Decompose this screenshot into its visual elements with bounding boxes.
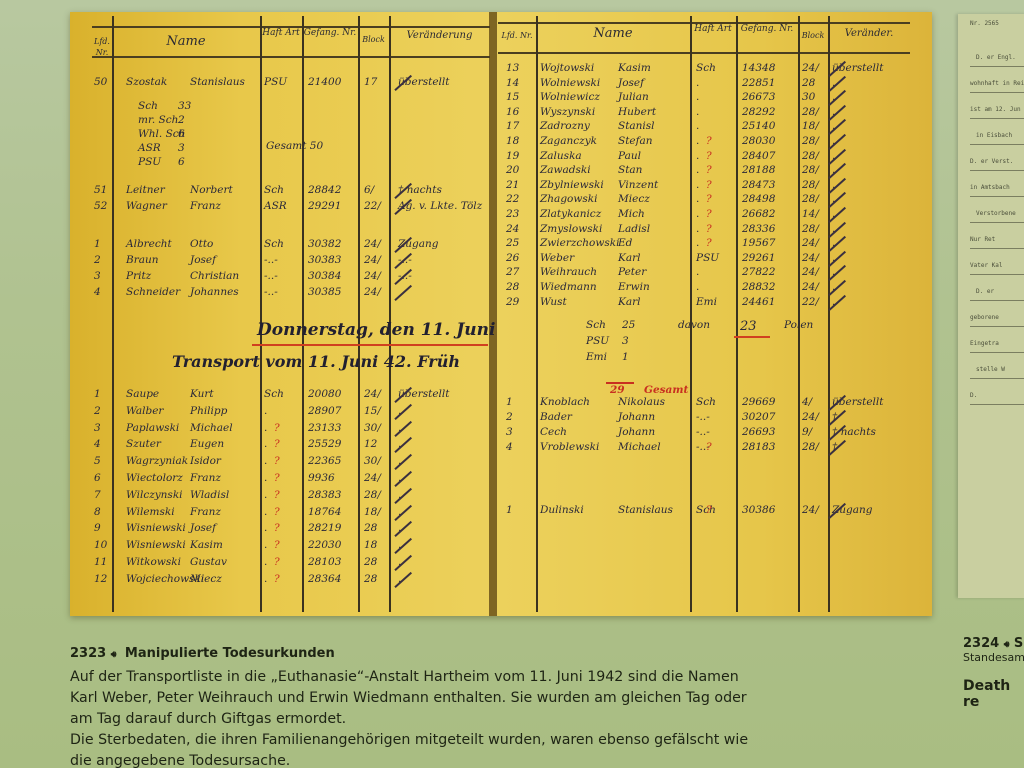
ledger-row: 3PritzChristian-..-3038424/-..- [92, 270, 490, 286]
cell-art: -..- [264, 254, 278, 266]
cell-art: -..- [696, 411, 710, 423]
cell-surname: Albrecht [126, 238, 172, 250]
cell-first: Franz [190, 506, 221, 518]
cell-block: 24/ [802, 411, 819, 423]
cell-first: Stanislaus [618, 504, 673, 516]
red-mark: ? [274, 438, 280, 450]
cell-gef: 18764 [308, 506, 341, 518]
cell-surname: Szostak [126, 76, 167, 88]
ledger-row: 20ZawadskiStan.2818828/.? [498, 164, 910, 180]
cell-gef: 29291 [308, 200, 341, 212]
cell-gef: 28183 [742, 441, 775, 453]
cell-surname: Saupe [126, 388, 159, 400]
cell-block: 24/ [364, 388, 381, 400]
cell-block: 9/ [802, 426, 812, 438]
cell-block: 28 [364, 556, 377, 568]
date-heading: Donnerstag, den 11. Juni [257, 320, 495, 340]
ledger-row: 4VroblewskiMichael-..-2818328/†? [498, 441, 910, 457]
red-mark: ? [706, 135, 712, 147]
cell-art: Sch [264, 238, 284, 250]
ledger-right-page: Lfd. Nr. Name Haft Art Gefang. Nr. Block… [498, 12, 910, 616]
ledger-row: 15WolniewiczJulian.2667330. [498, 91, 910, 107]
cell-nr: 19 [506, 150, 519, 162]
ledger-row: 4SchneiderJohannes-..-3038524/ [92, 286, 490, 302]
cell-surname: Zwierzchowski [540, 237, 619, 249]
cell-first: Hubert [618, 106, 656, 118]
check-mark [828, 236, 845, 252]
summary-total: 29 Gesamt [498, 384, 910, 400]
ledger-row: 13WojtowskiKasimSch1434824/überstellt [498, 62, 910, 78]
cell-gef: 25529 [308, 438, 341, 450]
cell-gef: 27822 [742, 266, 775, 278]
cell-first: Kasim [618, 62, 651, 74]
ledger-row: 14WolniewskiJosef.2285128. [498, 77, 910, 93]
check-mark [828, 134, 845, 150]
check-mark [394, 471, 411, 487]
ledger-row: 27WeihrauchPeter.2782224/. [498, 266, 910, 282]
check-mark [828, 251, 845, 267]
red-mark: ? [274, 573, 280, 585]
document-text: Nur Ret [970, 236, 995, 243]
cell-gef: 22030 [308, 539, 341, 551]
cell-gef: 28383 [308, 489, 341, 501]
cell-gef: 23133 [308, 422, 341, 434]
check-mark [394, 504, 411, 520]
summary-row: PSU6 [92, 156, 490, 172]
document-text: geborene [970, 314, 999, 321]
cell-nr: 51 [94, 184, 107, 196]
cell-first: Gustav [190, 556, 227, 568]
red-mark: ? [274, 422, 280, 434]
caption-title: 2323 🔊︎ Manipulierte Todesurkunden [70, 646, 770, 661]
header-block: Block [798, 30, 828, 41]
cell-art: . [696, 91, 699, 103]
cell-art: -..- [264, 286, 278, 298]
check-mark [394, 454, 411, 470]
audio-icon[interactable]: 🔊︎ [1004, 640, 1010, 650]
cell-nr: 24 [506, 223, 519, 235]
cell-nr: 18 [506, 135, 519, 147]
cell-block: 18/ [364, 506, 381, 518]
red-mark: ? [706, 223, 712, 235]
ledger-row: 16WyszynskiHubert.2829228/. [498, 106, 910, 122]
document-text: D. [970, 392, 977, 399]
ledger-row: 12WojciechowskiMiecz.2836428.? [92, 573, 490, 589]
cell-art: . [264, 506, 267, 518]
cell-surname: Szuter [126, 438, 161, 450]
check-mark [394, 437, 411, 453]
cell-first: Franz [190, 200, 221, 212]
header-lfd-nr: Lfd. Nr. [92, 36, 112, 58]
cell-gef: 28842 [308, 184, 341, 196]
cell-first: Peter [618, 266, 646, 278]
check-mark [828, 221, 845, 237]
cell-nr: 52 [94, 200, 107, 212]
cell-nr: 3 [506, 426, 513, 438]
cell-nr: 1 [94, 388, 101, 400]
cell-nr: 10 [94, 539, 107, 551]
ledger-row: 5WagrzyniakIsidor.2236530/.? [92, 455, 490, 471]
ledger-row: 7WilczynskiWladisl.2838328/.? [92, 489, 490, 505]
ledger-row: 50SzostakStanislausPSU2140017überstellt [92, 76, 490, 92]
document-text: in Amtsbach [970, 184, 1010, 191]
cell-first: Johann [618, 411, 655, 423]
cell-nr: 20 [506, 164, 519, 176]
document-text: ist am 12. Jun [970, 106, 1021, 113]
cell-art: . [696, 193, 699, 205]
cell-block: 28 [802, 77, 815, 89]
cell-surname: Weber [540, 252, 574, 264]
cell-surname: Wagrzyniak [126, 455, 188, 467]
cell-block: 12 [364, 438, 377, 450]
cell-surname: Leitner [126, 184, 165, 196]
cell-block: 15/ [364, 405, 381, 417]
cell-block: 22/ [802, 296, 819, 308]
cell-block: 30 [802, 91, 815, 103]
cell-nr: 27 [506, 266, 519, 278]
cell-nr: 4 [506, 441, 513, 453]
cell-nr: 17 [506, 120, 519, 132]
cell-art: . [264, 539, 267, 551]
cell-gef: 28336 [742, 223, 775, 235]
red-mark: ? [274, 556, 280, 568]
check-mark [828, 119, 845, 135]
cell-nr: 8 [94, 506, 101, 518]
header-block: Block [358, 34, 389, 45]
document-text: Vater Kal [970, 262, 1003, 269]
cell-nr: 26 [506, 252, 519, 264]
exhibit-caption: 2323 🔊︎ Manipulierte Todesurkunden Auf d… [70, 646, 770, 768]
red-mark: ? [274, 455, 280, 467]
cell-block: 24/ [364, 238, 381, 250]
transport-ledger: Lfd. Nr. Name Haft Art Gefang. Nr. Block… [70, 12, 932, 616]
cell-surname: Walber [126, 405, 163, 417]
summary-note: davon 23 Polen [498, 319, 910, 335]
cell-gef: 30383 [308, 254, 341, 266]
cell-nr: 13 [506, 62, 519, 74]
check-mark [394, 488, 411, 504]
ledger-row: 21ZbylniewskiVinzent.2847328/.? [498, 179, 910, 195]
ledger-row: 1AlbrechtOttoSch3038224/Zugang [92, 238, 490, 254]
cell-art: PSU [696, 252, 719, 264]
exhibit-caption-2: 2324 🔊︎ S Standesam Death re [963, 636, 1024, 710]
cell-block: 28/ [802, 193, 819, 205]
cell-block: 24/ [364, 270, 381, 282]
header-haft-art: Haft Art [260, 28, 302, 39]
cell-first: Miecz [618, 193, 650, 205]
cell-first: Paul [618, 150, 641, 162]
cell-art: . [264, 489, 267, 501]
cell-nr: 1 [506, 504, 513, 516]
cell-surname: Pritz [126, 270, 151, 282]
caption-body: Auf der Transportliste in die „Euthanasi… [70, 667, 770, 768]
cell-surname: Braun [126, 254, 159, 266]
cell-gef: 28292 [742, 106, 775, 118]
cell-first: Karl [618, 252, 640, 264]
cell-gef: 30384 [308, 270, 341, 282]
cell-gef: 21400 [308, 76, 341, 88]
cell-first: Stan [618, 164, 642, 176]
cell-nr: 11 [94, 556, 107, 568]
cell-art: . [264, 556, 267, 568]
cell-first: Stefan [618, 135, 653, 147]
cell-first: Kurt [190, 388, 214, 400]
cell-block: 22/ [364, 200, 381, 212]
cell-first: Kasim [190, 539, 223, 551]
ledger-row: 28WiedmannErwin.2883224/. [498, 281, 910, 297]
cell-gef: 19567 [742, 237, 775, 249]
header-veraenderung: Veränder. [828, 28, 910, 39]
cell-block: 18 [364, 539, 377, 551]
cell-art: . [264, 422, 267, 434]
cell-change: Ag. v. Lkte. Tölz [398, 200, 482, 212]
cell-nr: 9 [94, 522, 101, 534]
cell-gef: 26673 [742, 91, 775, 103]
check-mark [828, 294, 845, 310]
document-text: wohnhaft in Reiche [970, 80, 1024, 87]
check-mark [828, 192, 845, 208]
cell-block: 18/ [802, 120, 819, 132]
check-mark [828, 207, 845, 223]
cell-gef: 28473 [742, 179, 775, 191]
cell-gef: 22365 [308, 455, 341, 467]
header-gefang-nr: Gefang. Nr. [736, 24, 798, 35]
check-mark [828, 163, 845, 179]
summary-row: Emi1 [498, 351, 910, 367]
cell-surname: Bader [540, 411, 572, 423]
cell-gef: 30207 [742, 411, 775, 423]
cell-gef: 22851 [742, 77, 775, 89]
cell-block: 28 [364, 573, 377, 585]
cell-block: 24/ [802, 62, 819, 74]
cell-first: Mich [618, 208, 645, 220]
cell-surname: Wisniewski [126, 539, 186, 551]
cell-gef: 20080 [308, 388, 341, 400]
cell-nr: 12 [94, 573, 107, 585]
cell-nr: 25 [506, 237, 519, 249]
cell-first: Julian [618, 91, 649, 103]
cell-surname: Paplawski [126, 422, 179, 434]
ledger-row: 17ZadroznyStanisl.2514018/. [498, 120, 910, 136]
cell-nr: 2 [94, 405, 101, 417]
check-mark [828, 178, 845, 194]
check-mark [828, 105, 845, 121]
cell-art: Sch [264, 388, 284, 400]
cell-art: . [264, 405, 267, 417]
cell-art: . [264, 472, 267, 484]
check-mark [394, 404, 411, 420]
cell-nr: 16 [506, 106, 519, 118]
ledger-row: 8WilemskiFranz.1876418/.? [92, 506, 490, 522]
red-mark: ? [706, 504, 712, 516]
red-mark: ? [706, 150, 712, 162]
ledger-row: 4SzuterEugen.2552912.? [92, 438, 490, 454]
cell-gef: 25140 [742, 120, 775, 132]
ledger-row: 18ZaganczykStefan.2803028/.? [498, 135, 910, 151]
header-haft-art: Haft Art [690, 24, 736, 35]
check-mark [394, 285, 411, 301]
cell-nr: 5 [94, 455, 101, 467]
death-certificate-document: Nr. 2565 D. er Engl.wohnhaft in Reicheis… [958, 14, 1024, 598]
cell-first: Ladisl [618, 223, 650, 235]
cell-first: Eugen [190, 438, 224, 450]
cell-art: Sch [696, 62, 716, 74]
cell-surname: Wagner [126, 200, 167, 212]
header-veraenderung: Veränderung [389, 30, 490, 41]
check-mark [394, 572, 411, 588]
check-mark [828, 265, 845, 281]
check-mark [828, 75, 845, 91]
ledger-row: 1DulinskiStanislausSch3038624/Zugang? [498, 504, 910, 520]
cell-surname: Schneider [126, 286, 180, 298]
cell-block: 30/ [364, 455, 381, 467]
cell-block: 24/ [364, 286, 381, 298]
cell-art: -..- [696, 426, 710, 438]
cell-art: . [696, 164, 699, 176]
cell-gef: 26682 [742, 208, 775, 220]
header-name: Name [112, 36, 260, 47]
cell-gef: 28498 [742, 193, 775, 205]
cell-surname: Zhagowski [540, 193, 597, 205]
cell-block: 28/ [802, 179, 819, 191]
red-mark: ? [274, 506, 280, 518]
cell-art: Emi [696, 296, 717, 308]
cell-first: Vinzent [618, 179, 658, 191]
ledger-row: 26WeberKarlPSU2926124/. [498, 252, 910, 268]
cell-block: 17 [364, 76, 377, 88]
document-text: D. er Engl. [976, 54, 1016, 61]
cell-first: Johannes [190, 286, 239, 298]
ledger-row: 52WagnerFranzASR2929122/Ag. v. Lkte. Töl… [92, 200, 490, 216]
red-mark: ? [274, 472, 280, 484]
cell-gef: 28832 [742, 281, 775, 293]
check-mark [394, 521, 411, 537]
cell-art: . [264, 455, 267, 467]
cell-gef: 28907 [308, 405, 341, 417]
cell-gef: 28364 [308, 573, 341, 585]
red-mark: ? [706, 441, 712, 453]
cell-surname: Wiectolorz [126, 472, 183, 484]
cell-surname: Vroblewski [540, 441, 599, 453]
cell-block: 28/ [364, 489, 381, 501]
cell-art: PSU [264, 76, 287, 88]
cell-surname: Witkowski [126, 556, 181, 568]
cell-surname: Wojtowski [540, 62, 594, 74]
ledger-spine [489, 12, 497, 616]
red-mark: ? [706, 237, 712, 249]
cell-surname: Zaganczyk [540, 135, 597, 147]
ledger-row: 9WisniewskiJosef.2821928.? [92, 522, 490, 538]
cell-nr: 7 [94, 489, 101, 501]
cell-first: Otto [190, 238, 213, 250]
cell-block: 14/ [802, 208, 819, 220]
cell-nr: 14 [506, 77, 519, 89]
cell-block: 28/ [802, 106, 819, 118]
cell-surname: Weihrauch [540, 266, 597, 278]
cell-block: 24/ [364, 472, 381, 484]
cell-block: 28 [364, 522, 377, 534]
document-text: in Eisbach [976, 132, 1012, 139]
cell-surname: Cech [540, 426, 567, 438]
header-lfd-nr: Lfd. Nr. [498, 30, 536, 41]
cell-nr: 21 [506, 179, 519, 191]
cell-first: Stanislaus [190, 76, 245, 88]
cell-nr: 28 [506, 281, 519, 293]
ledger-row: 51LeitnerNorbertSch288426/† nachts [92, 184, 490, 200]
cell-block: 28/ [802, 441, 819, 453]
cell-nr: 3 [94, 422, 101, 434]
cell-art: . [264, 522, 267, 534]
summary-row: PSU3 [498, 335, 910, 351]
ledger-row: 29WustKarlEmi2446122/. [498, 296, 910, 312]
ledger-row: 11WitkowskiGustav.2810328.? [92, 556, 490, 572]
cell-first: Josef [618, 77, 644, 89]
cell-nr: 2 [506, 411, 513, 423]
cell-art: . [696, 106, 699, 118]
cell-gef: 28188 [742, 164, 775, 176]
cell-first: Franz [190, 472, 221, 484]
cell-art: . [696, 266, 699, 278]
check-mark [828, 280, 845, 296]
cell-block: 28/ [802, 164, 819, 176]
cell-first: Michael [190, 422, 233, 434]
cell-first: Karl [618, 296, 640, 308]
cell-art: . [264, 438, 267, 450]
cell-surname: Zawadski [540, 164, 591, 176]
cell-art: . [696, 237, 699, 249]
cell-gef: 29261 [742, 252, 775, 264]
ledger-row: 22ZhagowskiMiecz.2849828/.? [498, 193, 910, 209]
cell-art: ASR [264, 200, 287, 212]
ledger-left-page: Lfd. Nr. Name Haft Art Gefang. Nr. Block… [92, 12, 490, 616]
cell-nr: 4 [94, 286, 101, 298]
cell-surname: Wisniewski [126, 522, 186, 534]
ledger-row: 25ZwierzchowskiEd.1956724/.? [498, 237, 910, 253]
ledger-row: 10WisniewskiKasim.2203018.? [92, 539, 490, 555]
ledger-row: 23ZlatykaniczMich.2668214/.? [498, 208, 910, 224]
cell-nr: 29 [506, 296, 519, 308]
cell-first: Miecz [190, 573, 222, 585]
cell-first: Ed [618, 237, 632, 249]
summary-total: Gesamt 50 [92, 140, 490, 156]
cell-gef: 24461 [742, 296, 775, 308]
ledger-row: 19ZaluskaPaul.2840728/.? [498, 150, 910, 166]
cell-surname: Wolniewicz [540, 91, 600, 103]
cell-art: . [696, 281, 699, 293]
cell-block: 28/ [802, 223, 819, 235]
red-mark: ? [706, 179, 712, 191]
check-mark [828, 148, 845, 164]
cell-surname: Wiedmann [540, 281, 597, 293]
cell-gef: 26693 [742, 426, 775, 438]
cell-art: . [696, 223, 699, 235]
ledger-row: 2BaderJohann-..-3020724/† [498, 411, 910, 427]
cell-gef: 30385 [308, 286, 341, 298]
cell-first: Michael [618, 441, 661, 453]
cell-first: Isidor [190, 455, 221, 467]
document-text: Eingetra [970, 340, 999, 347]
check-mark [828, 90, 845, 106]
cell-first: Josef [190, 522, 216, 534]
cell-first: Norbert [190, 184, 233, 196]
cell-gef: 30386 [742, 504, 775, 516]
audio-icon[interactable]: 🔊︎ [111, 650, 117, 660]
cell-art: . [696, 208, 699, 220]
red-mark: ? [274, 522, 280, 534]
cell-surname: Wolniewski [540, 77, 600, 89]
cell-block: 24/ [802, 504, 819, 516]
transport-heading: Transport vom 11. Juni 42. Früh [172, 352, 460, 371]
